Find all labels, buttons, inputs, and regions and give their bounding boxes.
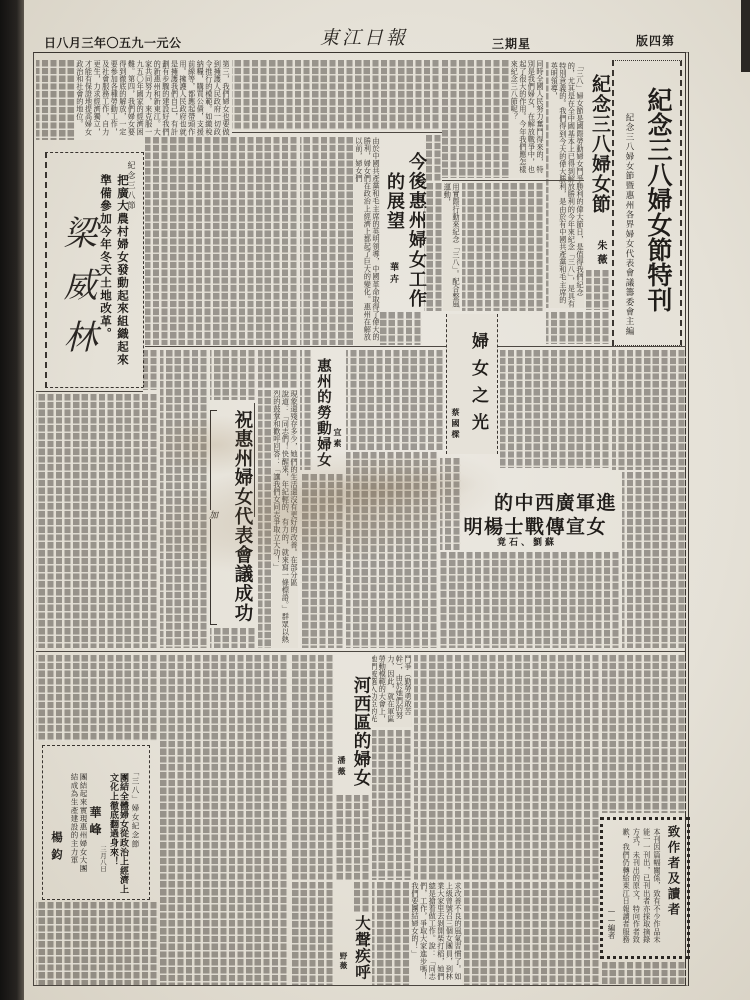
text-column-block [462, 183, 544, 311]
tribute-box: 「三八」婦女紀念節 團結全體婦女從政治上經濟上 文化上徹底翻過身來！ 三月八日 … [42, 745, 150, 900]
scan-edge-left [0, 0, 24, 1000]
text-column-block [602, 655, 686, 813]
article-title-line: 進軍廣西中的 [494, 488, 617, 515]
article-title-line: 的展望 [381, 172, 407, 231]
text-column-block [346, 350, 444, 450]
article-title: 大聲疾呼 [351, 915, 373, 980]
text-column-block [586, 270, 610, 310]
text-column-block [36, 902, 158, 985]
tribute-signer: 華峰 [87, 806, 104, 840]
article-text-block: 同時全國人民努力奮鬥得來的，特別是我們婦女，在解放戰爭中，也起了很大的作用。今年… [442, 60, 544, 178]
article-title: 祝惠州婦女代表會議成功 [229, 410, 255, 622]
article-title: 河西區的婦女 [349, 676, 374, 787]
text-column-block [612, 350, 686, 470]
tribute-line: 結成為生產建設的主力軍 [69, 773, 80, 864]
article-author: 朱薇 [593, 240, 608, 268]
article-author: 潘薇 [337, 756, 348, 778]
special-issue-subtitle: 紀念三八婦女節暨惠州各界婦女代表會議籌委會主編 [623, 113, 635, 336]
article-text-block: 第三，我們婦女也要做到擁護人民政府一切政令推行的模範。如繳稅納糧，購買公債，支援… [36, 60, 230, 140]
article-body-text: 用實際行動來紀念「三八」。配合整風運動， [443, 183, 460, 311]
text-column-block [464, 882, 600, 985]
text-column-block [424, 135, 442, 181]
article-body-text: 求改善不良的風氣習慣了。如上級曾號召三個女團員，到林業大家里去剝開柴打稻，她們總… [410, 882, 462, 985]
text-column-block [210, 628, 256, 648]
text-column-block [500, 350, 610, 468]
text-column-block [414, 655, 600, 880]
article-text-block: 用實際行動來紀念「三八」。配合整風運動， [424, 183, 460, 311]
text-column-block [546, 312, 610, 344]
inscription-signature: 梁威林 [53, 215, 102, 371]
text-column-block [622, 472, 686, 648]
tribute-heading: 「三八」婦女紀念節 [130, 768, 141, 849]
article-author: 蘇劉、石竟 [497, 535, 557, 548]
article-body-text: 說道：「同志們！快醒來，年紀輕的、有力的，就來寫一條標語。」群眾以熱烈的鼓掌和歡… [272, 390, 289, 648]
text-column-block [210, 350, 256, 400]
text-column-block [300, 350, 312, 470]
column-rule [442, 180, 584, 181]
issue-date: 公元一九五〇年三月八日 [44, 34, 182, 51]
article-text-block: 求改善不良的風氣習慣了。如上級曾號召三個女團員，到林業大家里去剝開柴打稻，她們總… [372, 882, 462, 985]
article-body-text: 「三八」婦女節是國際勞動婦女鬥爭勝利的偉大節日，是值得我們紀念的，尤其是在全中國… [550, 62, 584, 308]
text-column-block [160, 655, 288, 985]
article-body-text: 由於中國共產黨和毛主席的英明領導，中國革命取得了偉大的勝利，婦女們在政治上經濟上… [354, 137, 380, 345]
text-column-block [352, 882, 370, 912]
text-column-block [258, 350, 298, 388]
article-text-block: 現象還殘存多少，她們的生活還沒有更好的改善。在部分區 說道：「同志們！快醒來，年… [258, 390, 298, 648]
tribute-line: 文化上徹底翻過身來！ [107, 773, 120, 866]
inscription-line: 把廣大農村婦女發動起來組織起來 [115, 174, 131, 366]
text-column-block [232, 60, 440, 130]
notice-box: 致作者及讀者 本刊因篇幅關係，致有不少作品未能一一刊出，已刊出者亦採取摘錄方式，… [600, 817, 690, 959]
column-rule [36, 391, 143, 392]
article-title: 紀念三八婦女節 [587, 74, 614, 214]
text-column-block [440, 552, 620, 648]
text-column-block [380, 312, 422, 345]
scan-edge-top-right [741, 0, 750, 72]
text-column-block [160, 350, 208, 648]
article-text-block: 「三八」婦女節是國際勞動婦女鬥爭勝利的偉大節日，是值得我們紀念的，尤其是在全中國… [546, 62, 584, 308]
article-author: 蔡國樑 [451, 408, 462, 441]
article-body-text: 現象還殘存多少，她們的生活還沒有更好的改善。在部分區 [289, 390, 298, 648]
newspaper-name: 東江日報 [320, 23, 408, 50]
column-rule [232, 132, 442, 133]
notice-title: 致作者及讀者 [664, 825, 682, 918]
article-title: 婦女之光 [466, 332, 491, 440]
special-issue-title: 紀念三八婦女節特刊 [640, 87, 676, 312]
text-column-block [336, 795, 370, 880]
article-text-block: 鬥爭（勤勞勇敢苦幹），由於她們的努力，因此，就在軍區勞動模範的大會上，她們被選入… [372, 655, 412, 727]
text-column-block [36, 394, 158, 648]
weekday: 星期三 [492, 35, 531, 52]
article-author: 華卉 [387, 262, 400, 286]
column-rule [36, 651, 686, 652]
article-body-text: 鬥爭（勤勞勇敢苦幹），由於她們的努力，因此，就在軍區勞動模範的大會上，她們被選入… [372, 655, 412, 727]
article-body-text: 第三，我們婦女也要做到擁護人民政府一切政令推行的模範。如繳稅納糧，購買公債，支援… [75, 60, 230, 140]
text-column-block [300, 474, 344, 648]
text-column-block [290, 882, 334, 985]
text-column-block [372, 730, 412, 880]
special-issue-title-box: 紀念三八婦女節特刊 紀念三八婦女節暨惠州各界婦女代表會議籌委會主編 [612, 60, 682, 346]
notice-body: 本刊因篇幅關係，致有不少作品未能一一刊出，已刊出者亦採取摘錄方式，未刊出的原文，… [620, 828, 662, 946]
text-column-block [290, 655, 334, 880]
column-rule [145, 346, 686, 347]
text-column-block [36, 655, 158, 741]
text-column-block [602, 962, 686, 984]
article-text-block: 由於中國共產黨和毛主席的英明領導，中國革命取得了偉大的勝利，婦女們在政治上經濟上… [300, 137, 380, 345]
text-column-block [440, 458, 461, 550]
light-article-box: 婦女之光 蔡國樑 [446, 314, 498, 454]
page-number: 第四版 [636, 32, 675, 49]
tribute-signer: 楊鈞 [49, 831, 65, 866]
article-author: 宜素 [333, 428, 344, 450]
article-title: 惠州的勞動婦女 [313, 358, 334, 468]
text-column-block [346, 452, 438, 648]
inscription-box: 紀念三八節 把廣大農村婦女發動起來組織起來 準備參加今年冬天土地改革。 梁威林 [45, 152, 144, 388]
notice-signature: ——編者 [606, 906, 617, 939]
article-body-text: 同時全國人民努力奮鬥得來的，特別是我們婦女，在解放戰爭中，也起了很大的作用。今年… [510, 60, 544, 178]
text-column-block [143, 350, 158, 390]
article-author: 野薇 [338, 952, 349, 971]
tribute-date: 三月八日 [99, 846, 108, 872]
text-column-block [145, 137, 298, 345]
